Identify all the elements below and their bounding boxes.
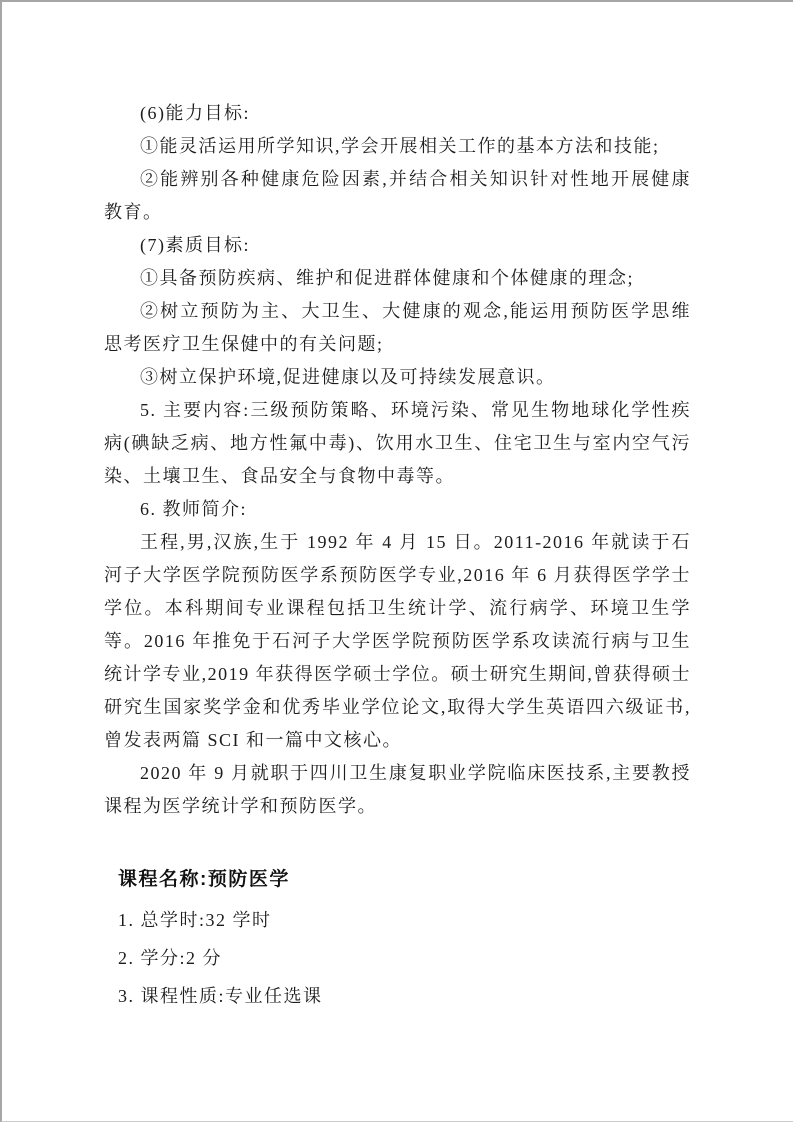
course-total-hours: 1. 总学时:32 学时 (118, 901, 691, 939)
paragraph-ability-goal-heading: (6)能力目标: (104, 97, 691, 130)
paragraph-ability-goal-2: ②能辨别各种健康危险因素,并结合相关知识针对性地开展健康教育。 (104, 163, 691, 229)
paragraph-quality-goal-2: ②树立预防为主、大卫生、大健康的观念,能运用预防医学思维思考医疗卫生保健中的有关… (104, 295, 691, 361)
paragraph-ability-goal-1: ①能灵活运用所学知识,学会开展相关工作的基本方法和技能; (104, 130, 691, 163)
paragraph-quality-goal-3: ③树立保护环境,促进健康以及可持续发展意识。 (104, 361, 691, 394)
paragraph-teacher-intro-heading: 6. 教师简介: (104, 493, 691, 526)
course-name-heading: 课程名称:预防医学 (118, 861, 691, 899)
course-credits: 2. 学分:2 分 (118, 939, 691, 977)
course-type: 3. 课程性质:专业任选课 (118, 977, 691, 1015)
course-info-section: 课程名称:预防医学 1. 总学时:32 学时 2. 学分:2 分 3. 课程性质… (104, 861, 691, 1015)
document-page: (6)能力目标: ①能灵活运用所学知识,学会开展相关工作的基本方法和技能; ②能… (0, 0, 793, 1122)
paragraph-main-content: 5. 主要内容:三级预防策略、环境污染、常见生物地球化学性疾病(碘缺乏病、地方性… (104, 394, 691, 493)
paragraph-quality-goal-1: ①具备预防疾病、维护和促进群体健康和个体健康的理念; (104, 262, 691, 295)
paragraph-quality-goal-heading: (7)素质目标: (104, 229, 691, 262)
body-text-block: (6)能力目标: ①能灵活运用所学知识,学会开展相关工作的基本方法和技能; ②能… (104, 97, 691, 823)
paragraph-teacher-employment: 2020 年 9 月就职于四川卫生康复职业学院临床医技系,主要教授课程为医学统计… (104, 757, 691, 823)
paragraph-teacher-bio: 王程,男,汉族,生于 1992 年 4 月 15 日。2011-2016 年就读… (104, 526, 691, 757)
